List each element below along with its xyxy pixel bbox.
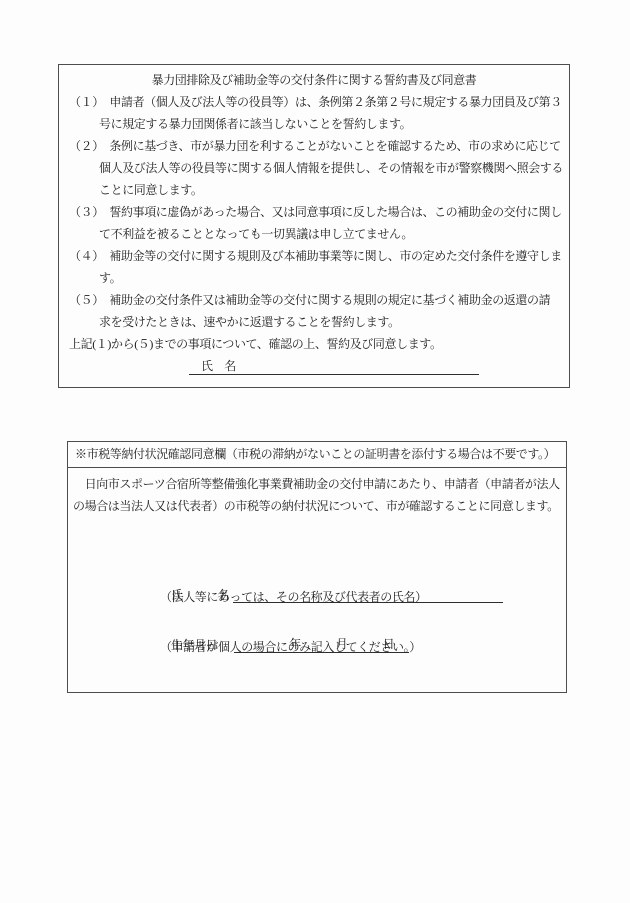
pledge-item-5-line-2: 求を受けたときは、速やかに返還することを誓約します。 [69,311,559,333]
tax-consent-box: ※市税等納付状況確認同意欄（市税の滞納がないことの証明書を添付する場合は不要です… [67,441,567,693]
pledge-item-4-line-2: す。 [69,267,559,289]
pledge-item-3-line-2: て不利益を被ることとなっても一切異議は申し立てません。 [69,223,559,245]
tax-consent-header: ※市税等納付状況確認同意欄（市税の滞納がないことの証明書を添付する場合は不要です… [68,442,566,468]
birthdate-field-row: 生年月日年月日 [150,621,561,637]
pledge-item-1-line-2: 号に規定する暴力団関係者に該当しないことを誓約します。 [69,113,559,135]
pledge-item-2-line-2: 個人及び法人等の役員等に関する個人情報を提供し、その情報を市が警察機関へ照会する [69,157,559,179]
pledge-box: 暴力団排除及び補助金等の交付条件に関する誓約書及び同意書 （１） 申請者（個人及… [58,64,570,388]
pledge-item-4-line-1: （４） 補助金等の交付に関する規則及び本補助事業等に関し、市の定めた交付条件を遵… [69,245,559,267]
pledge-item-1-line-1: （１） 申請者（個人及び法人等の役員等）は、条例第２条第２号に規定する暴力団員及… [69,91,559,113]
pledge-title: 暴力団排除及び補助金等の交付条件に関する誓約書及び同意書 [69,69,559,91]
tax-consent-body: 日向市スポーツ合宿所等整備強化事業費補助金の交付申請にあたり、申請者（申請者が法… [68,468,566,657]
pledge-name-label: 氏 名 [201,359,236,373]
name-field-row: 氏 名 [150,571,561,587]
pledge-item-2-line-1: （２） 条例に基づき、市が暴力団を利することがないことを確認するため、市の求めに… [69,135,559,157]
pledge-closing-statement: 上記(１)から(５)までの事項について、確認の上、誓約及び同意します。 [69,333,559,355]
birthdate-field-note: （申請者が個人の場合にのみ記入してください。） [160,637,561,657]
pledge-name-signature-field[interactable]: 氏 名 [189,357,479,375]
pledge-item-5-line-1: （５） 補助金の交付条件又は補助金等の交付に関する規則の規定に基づく補助金の返還… [69,289,559,311]
pledge-item-3-line-1: （３） 誓約事項に虚偽があった場合、又は同意事項に反した場合は、この補助金の交付… [69,201,559,223]
pledge-item-2-line-3: ことに同意します。 [69,179,559,201]
tax-consent-line-1: 日向市スポーツ合宿所等整備強化事業費補助金の交付申請にあたり、申請者（申請者が法… [73,473,561,495]
tax-consent-line-2: の場合は当法人又は代表者）の市税等の納付状況について、市が確認することに同意しま… [73,495,561,517]
